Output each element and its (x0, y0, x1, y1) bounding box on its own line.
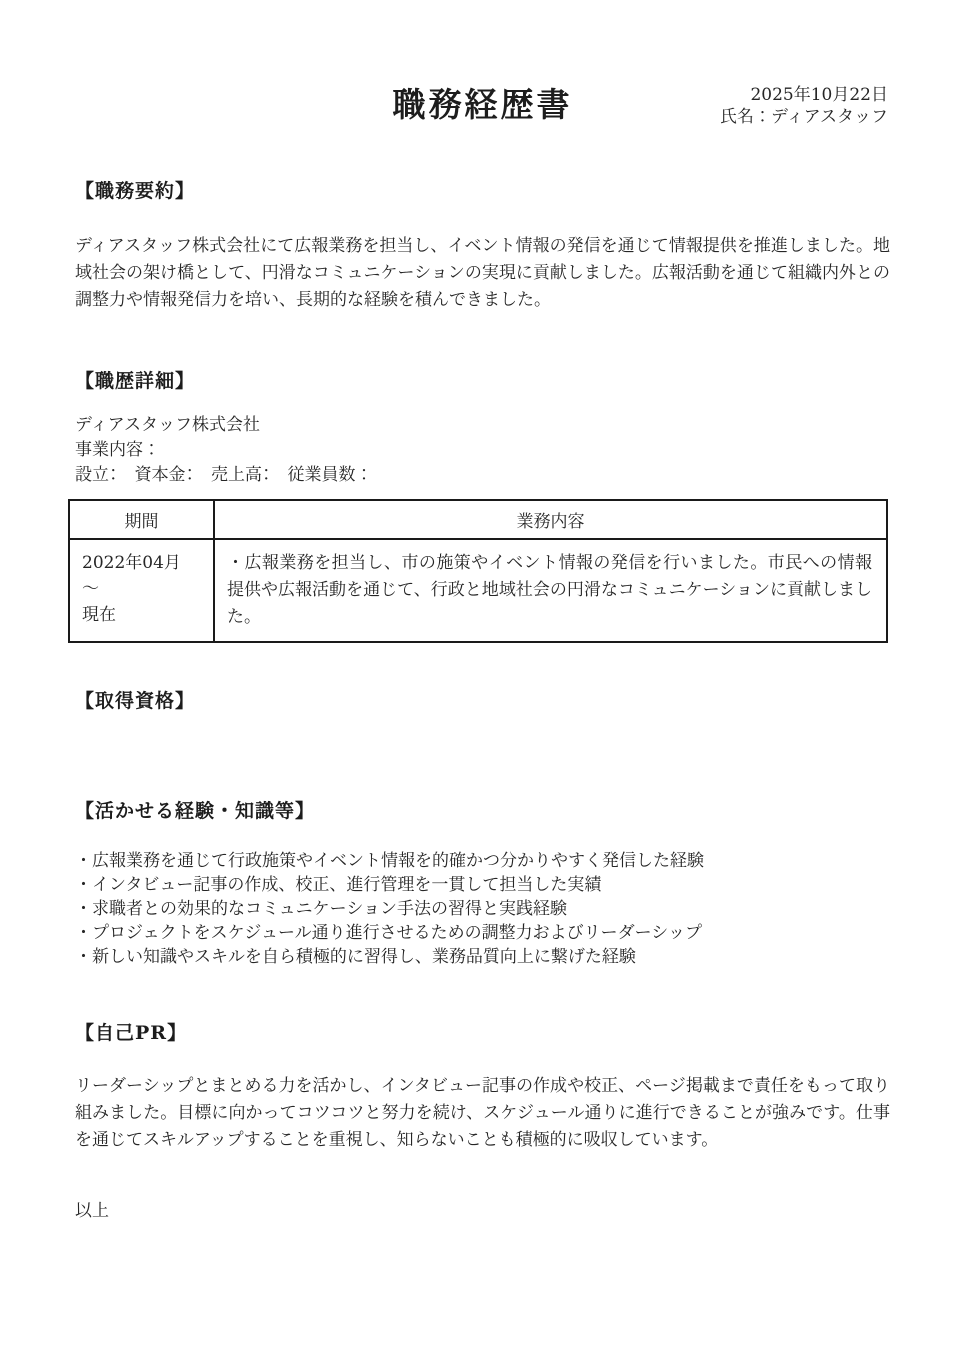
table-header-period: 期間 (69, 500, 214, 539)
resume-page: 職務経歴書 2025年10月22日 氏名：ディアスタッフ 【職務要約】 ディアス… (0, 0, 954, 1350)
document-date: 2025年10月22日 (720, 84, 888, 106)
table-header-row: 期間 業務内容 (69, 500, 887, 539)
section-heading-skills: 【活かせる経験・知識等】 (75, 800, 890, 823)
closing-text: 以上 (75, 1196, 890, 1221)
table-row: 2022年04月 ～ 現在 ・広報業務を担当し、市の施策やイベント情報の発信を行… (69, 539, 887, 642)
company-name: ディアスタッフ株式会社 (75, 413, 890, 438)
work-history-table: 期間 業務内容 2022年04月 ～ 現在 ・広報業務を担当し、市の施策やイベン… (68, 499, 888, 643)
company-business-line: 事業内容： (75, 438, 890, 463)
company-block: ディアスタッフ株式会社 事業内容： 設立： 資本金： 売上高： 従業員数： (75, 413, 890, 488)
skills-list-item: ・新しい知識やスキルを自ら積極的に習得し、業務品質向上に繋げた経験 (75, 945, 890, 969)
section-heading-summary: 【職務要約】 (75, 180, 890, 203)
section-heading-history: 【職歴詳細】 (75, 370, 890, 393)
summary-paragraph: ディアスタッフ株式会社にて広報業務を担当し、イベント情報の発信を通じて情報提供を… (75, 233, 890, 314)
section-heading-qualifications: 【取得資格】 (75, 690, 890, 713)
skills-list-item: ・インタビュー記事の作成、校正、進行管理を一貫して担当した実績 (75, 873, 890, 897)
table-cell-period: 2022年04月 ～ 現在 (69, 539, 214, 642)
table-cell-detail: ・広報業務を担当し、市の施策やイベント情報の発信を行いました。市民への情報提供や… (214, 539, 887, 642)
skills-list-item: ・求職者との効果的なコミュニケーション手法の習得と実践経験 (75, 897, 890, 921)
skills-list-item: ・広報業務を通じて行政施策やイベント情報を的確かつ分かりやすく発信した経験 (75, 849, 890, 873)
company-stats-line: 設立： 資本金： 売上高： 従業員数： (75, 463, 890, 488)
document-meta: 2025年10月22日 氏名：ディアスタッフ (720, 84, 888, 128)
skills-list: ・広報業務を通じて行政施策やイベント情報を的確かつ分かりやすく発信した経験 ・イ… (75, 849, 890, 969)
skills-list-item: ・プロジェクトをスケジュール通り進行させるための調整力およびリーダーシップ (75, 921, 890, 945)
document-header: 職務経歴書 2025年10月22日 氏名：ディアスタッフ (75, 86, 890, 136)
table-header-detail: 業務内容 (214, 500, 887, 539)
applicant-name: 氏名：ディアスタッフ (720, 106, 888, 128)
pr-paragraph: リーダーシップとまとめる力を活かし、インタビュー記事の作成や校正、ページ掲載まで… (75, 1073, 890, 1154)
section-heading-pr: 【自己PR】 (75, 1022, 890, 1045)
